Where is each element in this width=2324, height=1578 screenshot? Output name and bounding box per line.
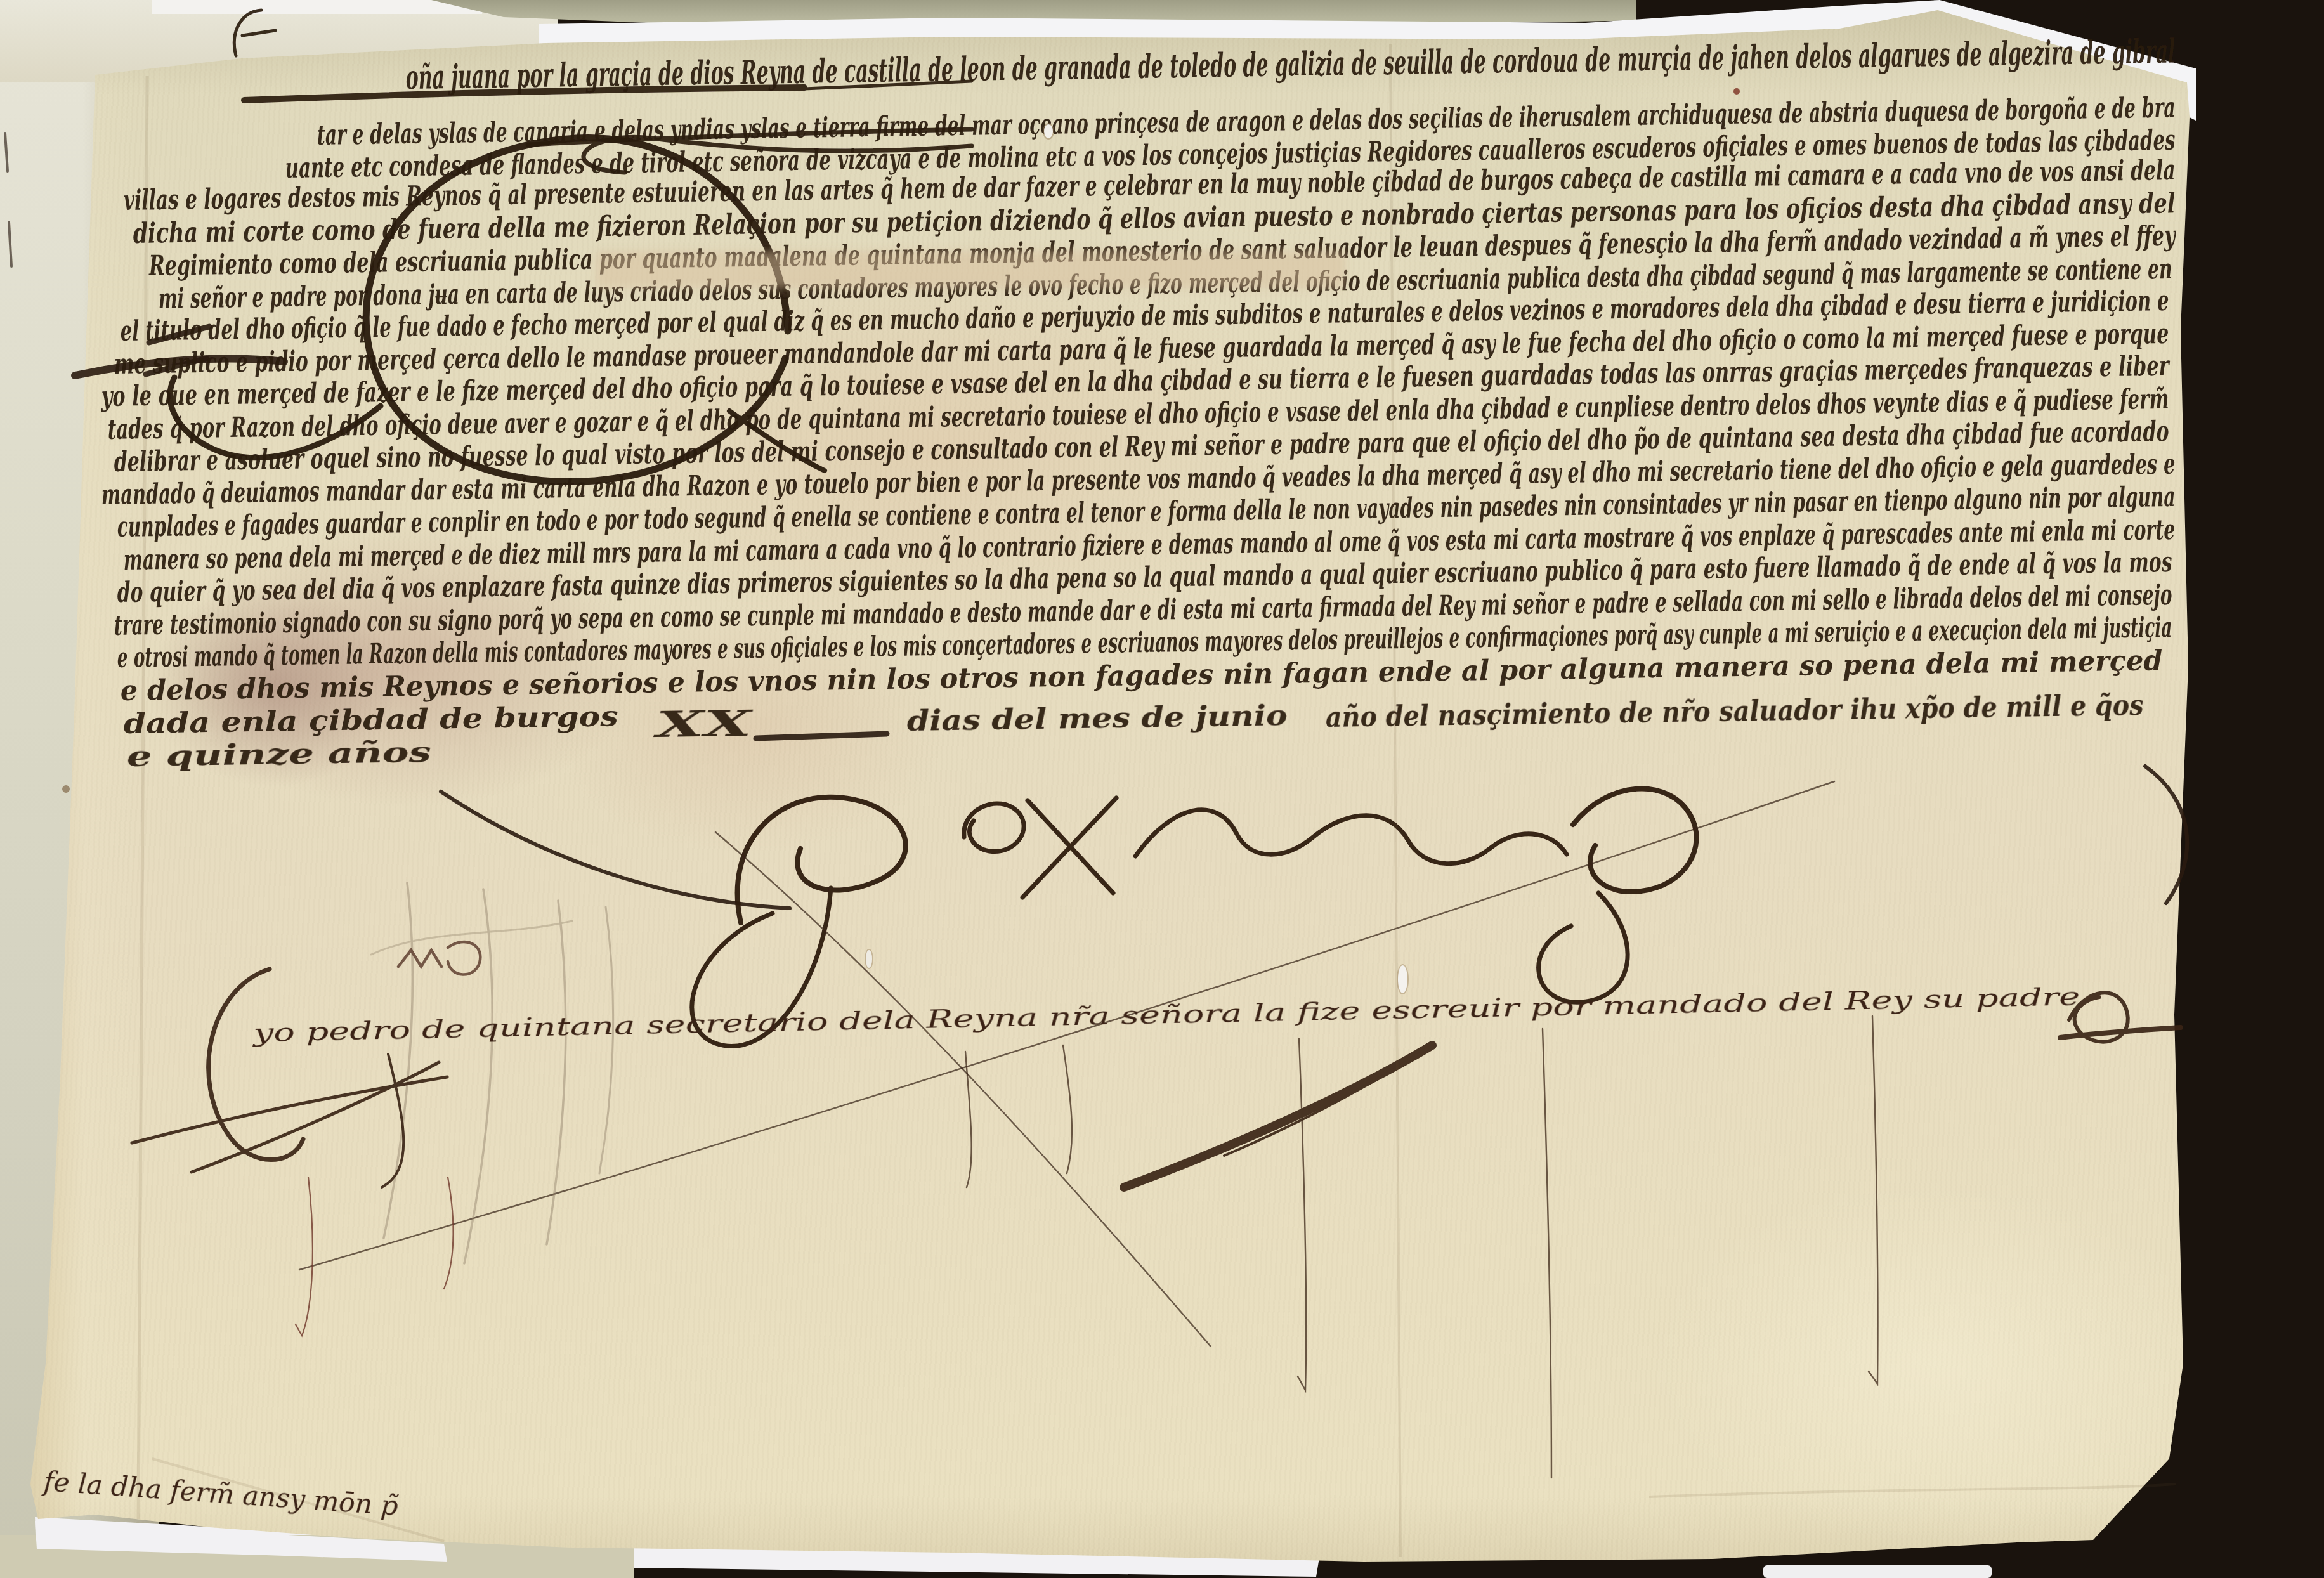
signature-o: [964, 804, 1024, 852]
paper-hole: [866, 950, 872, 968]
signature-left-knot: [738, 797, 906, 923]
date-line-flourishes: [441, 734, 2187, 908]
date-end-flourish: [2145, 766, 2187, 903]
ink-speck: [1733, 88, 1740, 95]
date-day-numeral: XX: [653, 703, 755, 746]
secretary-line: yo pedro de quintana secretario dela Rey…: [251, 982, 2080, 1048]
royal-signature-rubric: [299, 781, 1834, 1346]
body-line: oña juana por la graçia de dios Reyna de…: [405, 32, 2176, 97]
paper-hole: [1044, 124, 1053, 138]
descender-hairline-long: [1543, 1029, 1551, 1478]
descender-hairline: [1063, 1045, 1072, 1173]
date-year: año del nasçimiento de nr̃o saluador ihu…: [1325, 689, 2144, 734]
signature-right-loop: [1573, 788, 1697, 892]
date-dash: [756, 734, 887, 738]
secretary-bold-check: [1124, 1045, 1432, 1187]
descender-hairline-long: [1869, 1016, 1878, 1384]
signature-tangle: [1135, 810, 1567, 864]
date-month: dias del mes de junio: [906, 700, 1288, 738]
signature-z-descender: [1539, 893, 1628, 1002]
white-strip-front-bottom-left: [0, 0, 482, 1578]
signature-x: [1022, 798, 1116, 897]
descender-hairline-long: [1298, 1039, 1306, 1390]
stain-speck: [62, 785, 70, 793]
faded-ink-wash: [596, 251, 1345, 288]
crease-bottom-right: [1649, 1484, 2176, 1497]
descender-hairline: [965, 1052, 972, 1187]
manuscript-scan: oña juana por la graçia de dios Reyna de…: [0, 0, 2324, 1578]
paper-hole: [1398, 965, 1407, 993]
